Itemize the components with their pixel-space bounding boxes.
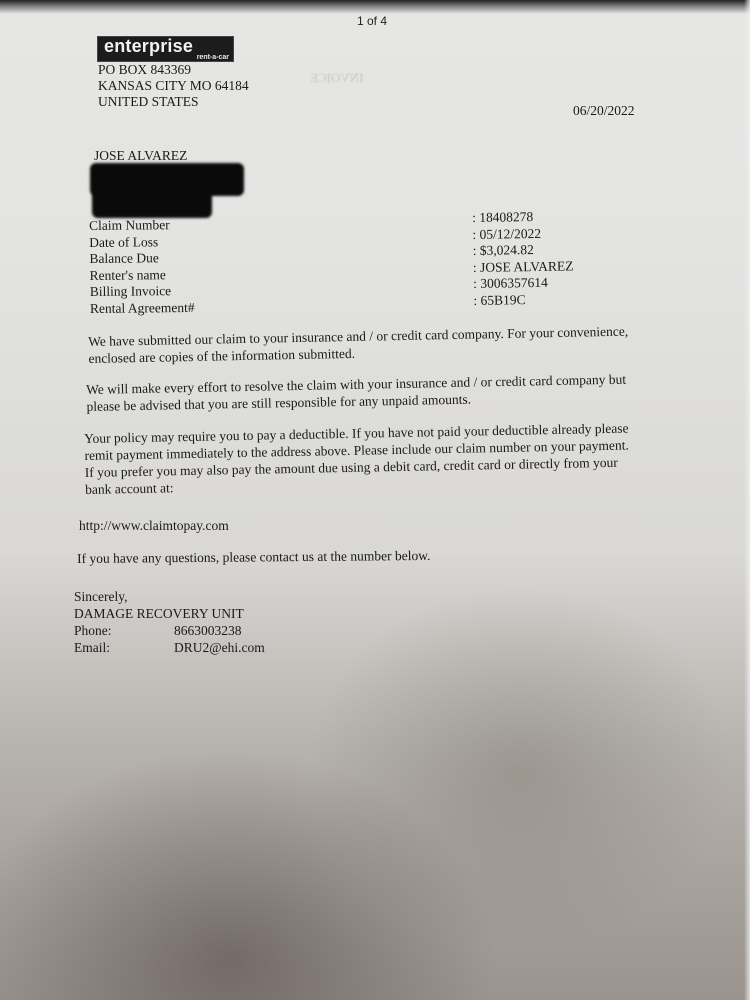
value-rental-agreement: : 65B19C xyxy=(473,291,574,309)
payment-url: http://www.claimtopay.com xyxy=(79,517,229,534)
address-line-3: UNITED STATES xyxy=(98,94,249,110)
value-renter-name: : JOSE ALVAREZ xyxy=(473,258,574,276)
page-indicator: 1 of 4 xyxy=(357,14,387,28)
address-line-1: PO BOX 843369 xyxy=(98,62,249,78)
letter-date: 06/20/2022 xyxy=(573,103,635,119)
claim-detail-labels: Claim Number Date of Loss Balance Due Re… xyxy=(89,217,195,317)
label-billing-invoice: Billing Invoice xyxy=(90,283,195,301)
claim-detail-values: : 18408278 : 05/12/2022 : $3,024.82 : JO… xyxy=(472,208,574,309)
page-right-edge xyxy=(744,0,750,1000)
phone-number: 8663003238 xyxy=(174,622,242,639)
value-balance-due: : $3,024.82 xyxy=(473,241,574,259)
enterprise-logo: enterprise rent-a-car xyxy=(97,36,234,62)
signature-block: Sincerely, DAMAGE RECOVERY UNIT Phone: 8… xyxy=(74,588,265,656)
email-address: DRU2@ehi.com xyxy=(174,639,265,656)
sender-address: PO BOX 843369 KANSAS CITY MO 64184 UNITE… xyxy=(98,62,249,110)
phone-row: Phone: 8663003238 xyxy=(74,622,265,639)
recipient-name: JOSE ALVAREZ xyxy=(94,148,187,164)
label-claim-number: Claim Number xyxy=(89,217,194,235)
logo-tagline: rent-a-car xyxy=(197,54,229,61)
show-through-heading: INVOICE xyxy=(310,70,363,86)
paragraph-contact: If you have any questions, please contac… xyxy=(77,547,431,567)
value-claim-number: : 18408278 xyxy=(472,208,573,226)
label-date-of-loss: Date of Loss xyxy=(89,233,194,251)
label-renter-name: Renter's name xyxy=(90,266,195,284)
email-row: Email: DRU2@ehi.com xyxy=(74,639,265,656)
email-label: Email: xyxy=(74,639,174,656)
value-billing-invoice: : 3006357614 xyxy=(473,274,574,292)
redacted-address-2 xyxy=(92,190,212,218)
page-top-shadow xyxy=(0,0,750,14)
label-rental-agreement: Rental Agreement# xyxy=(90,299,195,317)
address-line-2: KANSAS CITY MO 64184 xyxy=(98,78,249,94)
phone-label: Phone: xyxy=(74,622,174,639)
value-date-of-loss: : 05/12/2022 xyxy=(472,225,573,243)
logo-wordmark: enterprise xyxy=(104,36,193,57)
paragraph-deductible: Your policy may require you to pay a ded… xyxy=(84,420,630,498)
closing: Sincerely, xyxy=(74,588,265,605)
unit-name: DAMAGE RECOVERY UNIT xyxy=(74,605,265,622)
label-balance-due: Balance Due xyxy=(89,250,194,268)
